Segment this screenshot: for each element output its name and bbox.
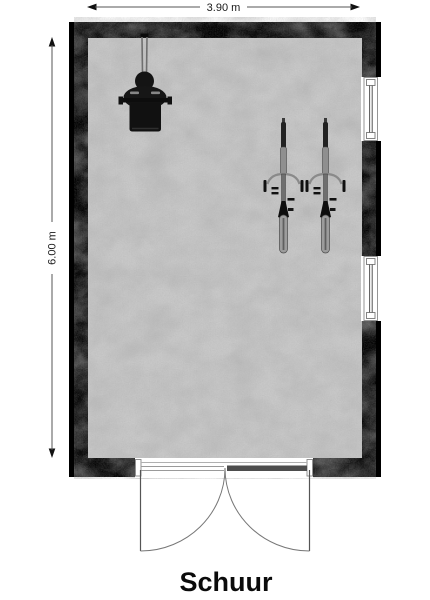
lawn-mower-handle-cap: [141, 34, 149, 38]
height-dim-label: 6.00 m: [47, 231, 59, 265]
lawn-mower-grass-bag: [130, 103, 162, 132]
lawn-mower-vent-right: [151, 92, 160, 95]
door-leaf-right-closed: [227, 466, 307, 472]
lawn-mower-wheel-left: [119, 97, 124, 105]
window-1-sill-top: [367, 80, 376, 86]
window-2-sill-bottom: [367, 313, 376, 319]
door-swing-arc-left: [141, 468, 226, 551]
lawn-mower-handle-bar-2: [147, 37, 148, 74]
lawn-mower-handle-bar-1: [142, 37, 143, 74]
window-2-sill-top: [367, 259, 376, 265]
window-1-sill-bottom: [367, 133, 376, 139]
floor-plan-page: 3.90 m 6.00 m Schuur: [0, 0, 430, 600]
door-swing-arc-right: [225, 468, 310, 551]
window-1-frame: [364, 78, 378, 141]
floor-plan-canvas: 3.90 m 6.00 m Schuur: [0, 0, 430, 600]
lawn-mower-axle: [121, 98, 170, 103]
window-1: [361, 77, 382, 141]
window-2: [361, 256, 382, 321]
double-door: [135, 458, 313, 551]
window-2-frame: [364, 257, 378, 321]
lawn-mower-vent-left: [130, 92, 139, 95]
plan-title: Schuur: [179, 567, 273, 597]
width-dim-label: 3.90 m: [207, 2, 241, 14]
lawn-mower-wheel-right: [168, 97, 173, 105]
width-dimension: 3.90 m: [87, 2, 360, 14]
height-dimension: 6.00 m: [47, 37, 59, 458]
